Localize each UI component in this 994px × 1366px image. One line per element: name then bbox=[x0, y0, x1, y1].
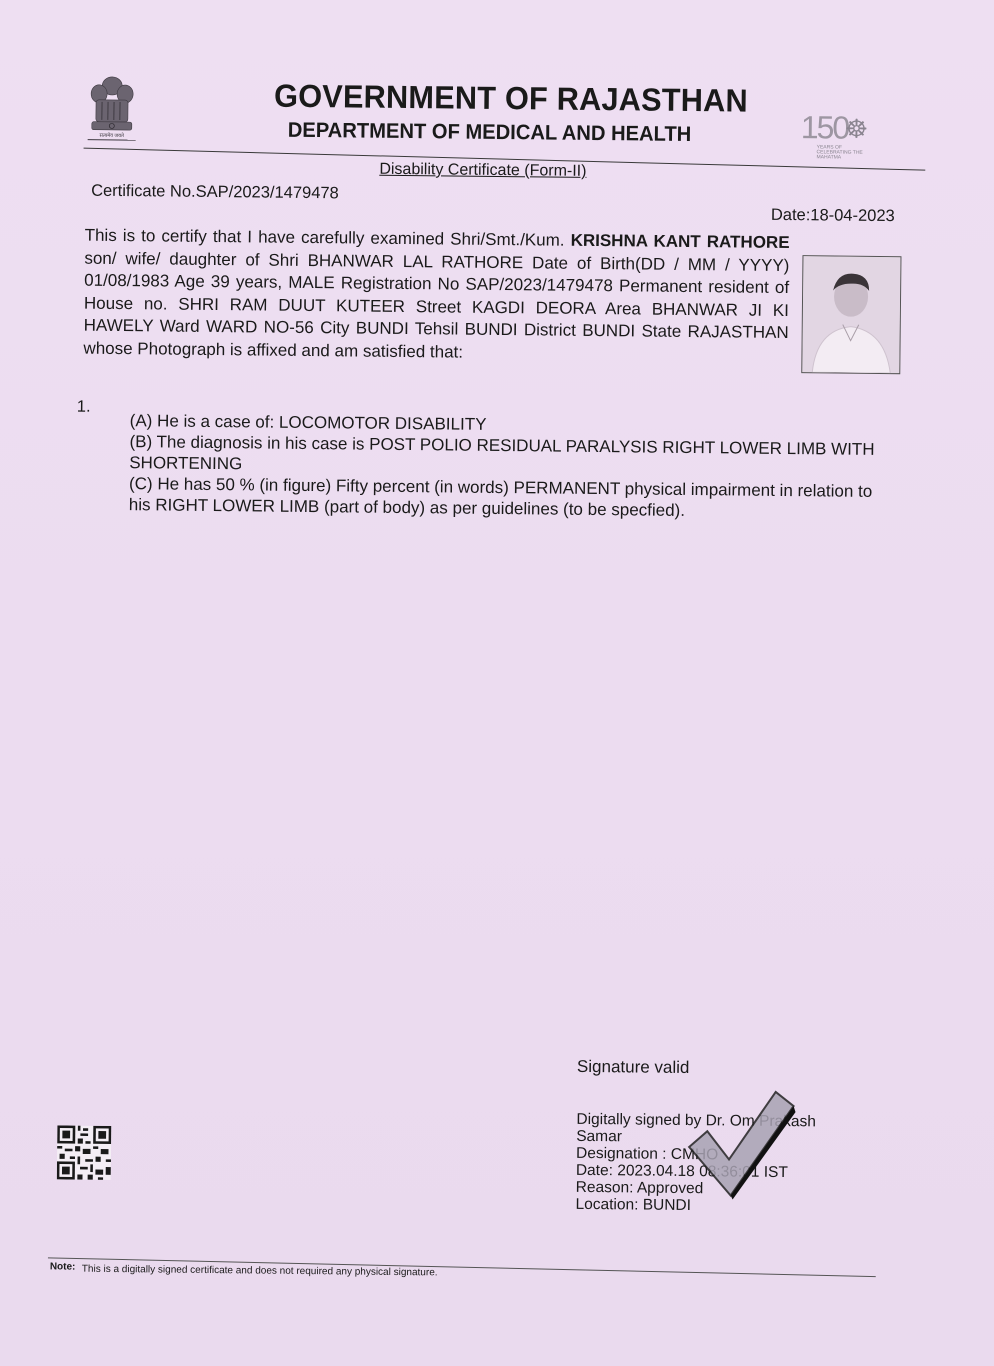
certificate-page: सत्यमेव जयते GOVERNMENT OF RAJASTHAN DEP… bbox=[0, 0, 994, 1366]
certificate-date: Date:18-04-2023 bbox=[771, 206, 895, 226]
gandhi-150-logo: 150 ☸ YEARS OF CELEBRATING THE MAHATMA bbox=[796, 109, 877, 166]
patient-photograph bbox=[801, 255, 901, 374]
charkha-wheel-icon: ☸ bbox=[845, 114, 869, 145]
certification-paragraph: This is to certify that I have carefully… bbox=[83, 225, 789, 367]
item-number: 1. bbox=[77, 398, 91, 417]
impairment-percentage: (C) He has 50 % (in figure) Fifty percen… bbox=[129, 473, 889, 523]
logo-caption: YEARS OF CELEBRATING THE MAHATMA bbox=[816, 145, 876, 161]
disability-details: (A) He is a case of: LOCOMOTOR DISABILIT… bbox=[129, 410, 890, 523]
note-label: Note: bbox=[50, 1261, 76, 1272]
certificate-number: Certificate No.SAP/2023/1479478 bbox=[91, 182, 339, 204]
note-text: This is a digitally signed certificate a… bbox=[82, 1264, 438, 1279]
qr-code-icon[interactable] bbox=[57, 1125, 112, 1180]
logo-number: 150 bbox=[801, 109, 849, 146]
patient-name: KRISHNA KANT RATHORE bbox=[571, 231, 790, 252]
department-title: DEPARTMENT OF MEDICAL AND HEALTH bbox=[288, 119, 692, 147]
signature-status: Signature valid bbox=[577, 1057, 690, 1078]
signature-valid-check-icon bbox=[681, 1087, 797, 1203]
person-photo-icon bbox=[802, 256, 900, 373]
form-title: Disability Certificate (Form-II) bbox=[379, 161, 586, 181]
government-title: GOVERNMENT OF RAJASTHAN bbox=[274, 78, 748, 120]
svg-text:सत्यमेव जयते: सत्यमेव जयते bbox=[99, 132, 124, 139]
national-emblem-icon: सत्यमेव जयते bbox=[84, 70, 141, 147]
